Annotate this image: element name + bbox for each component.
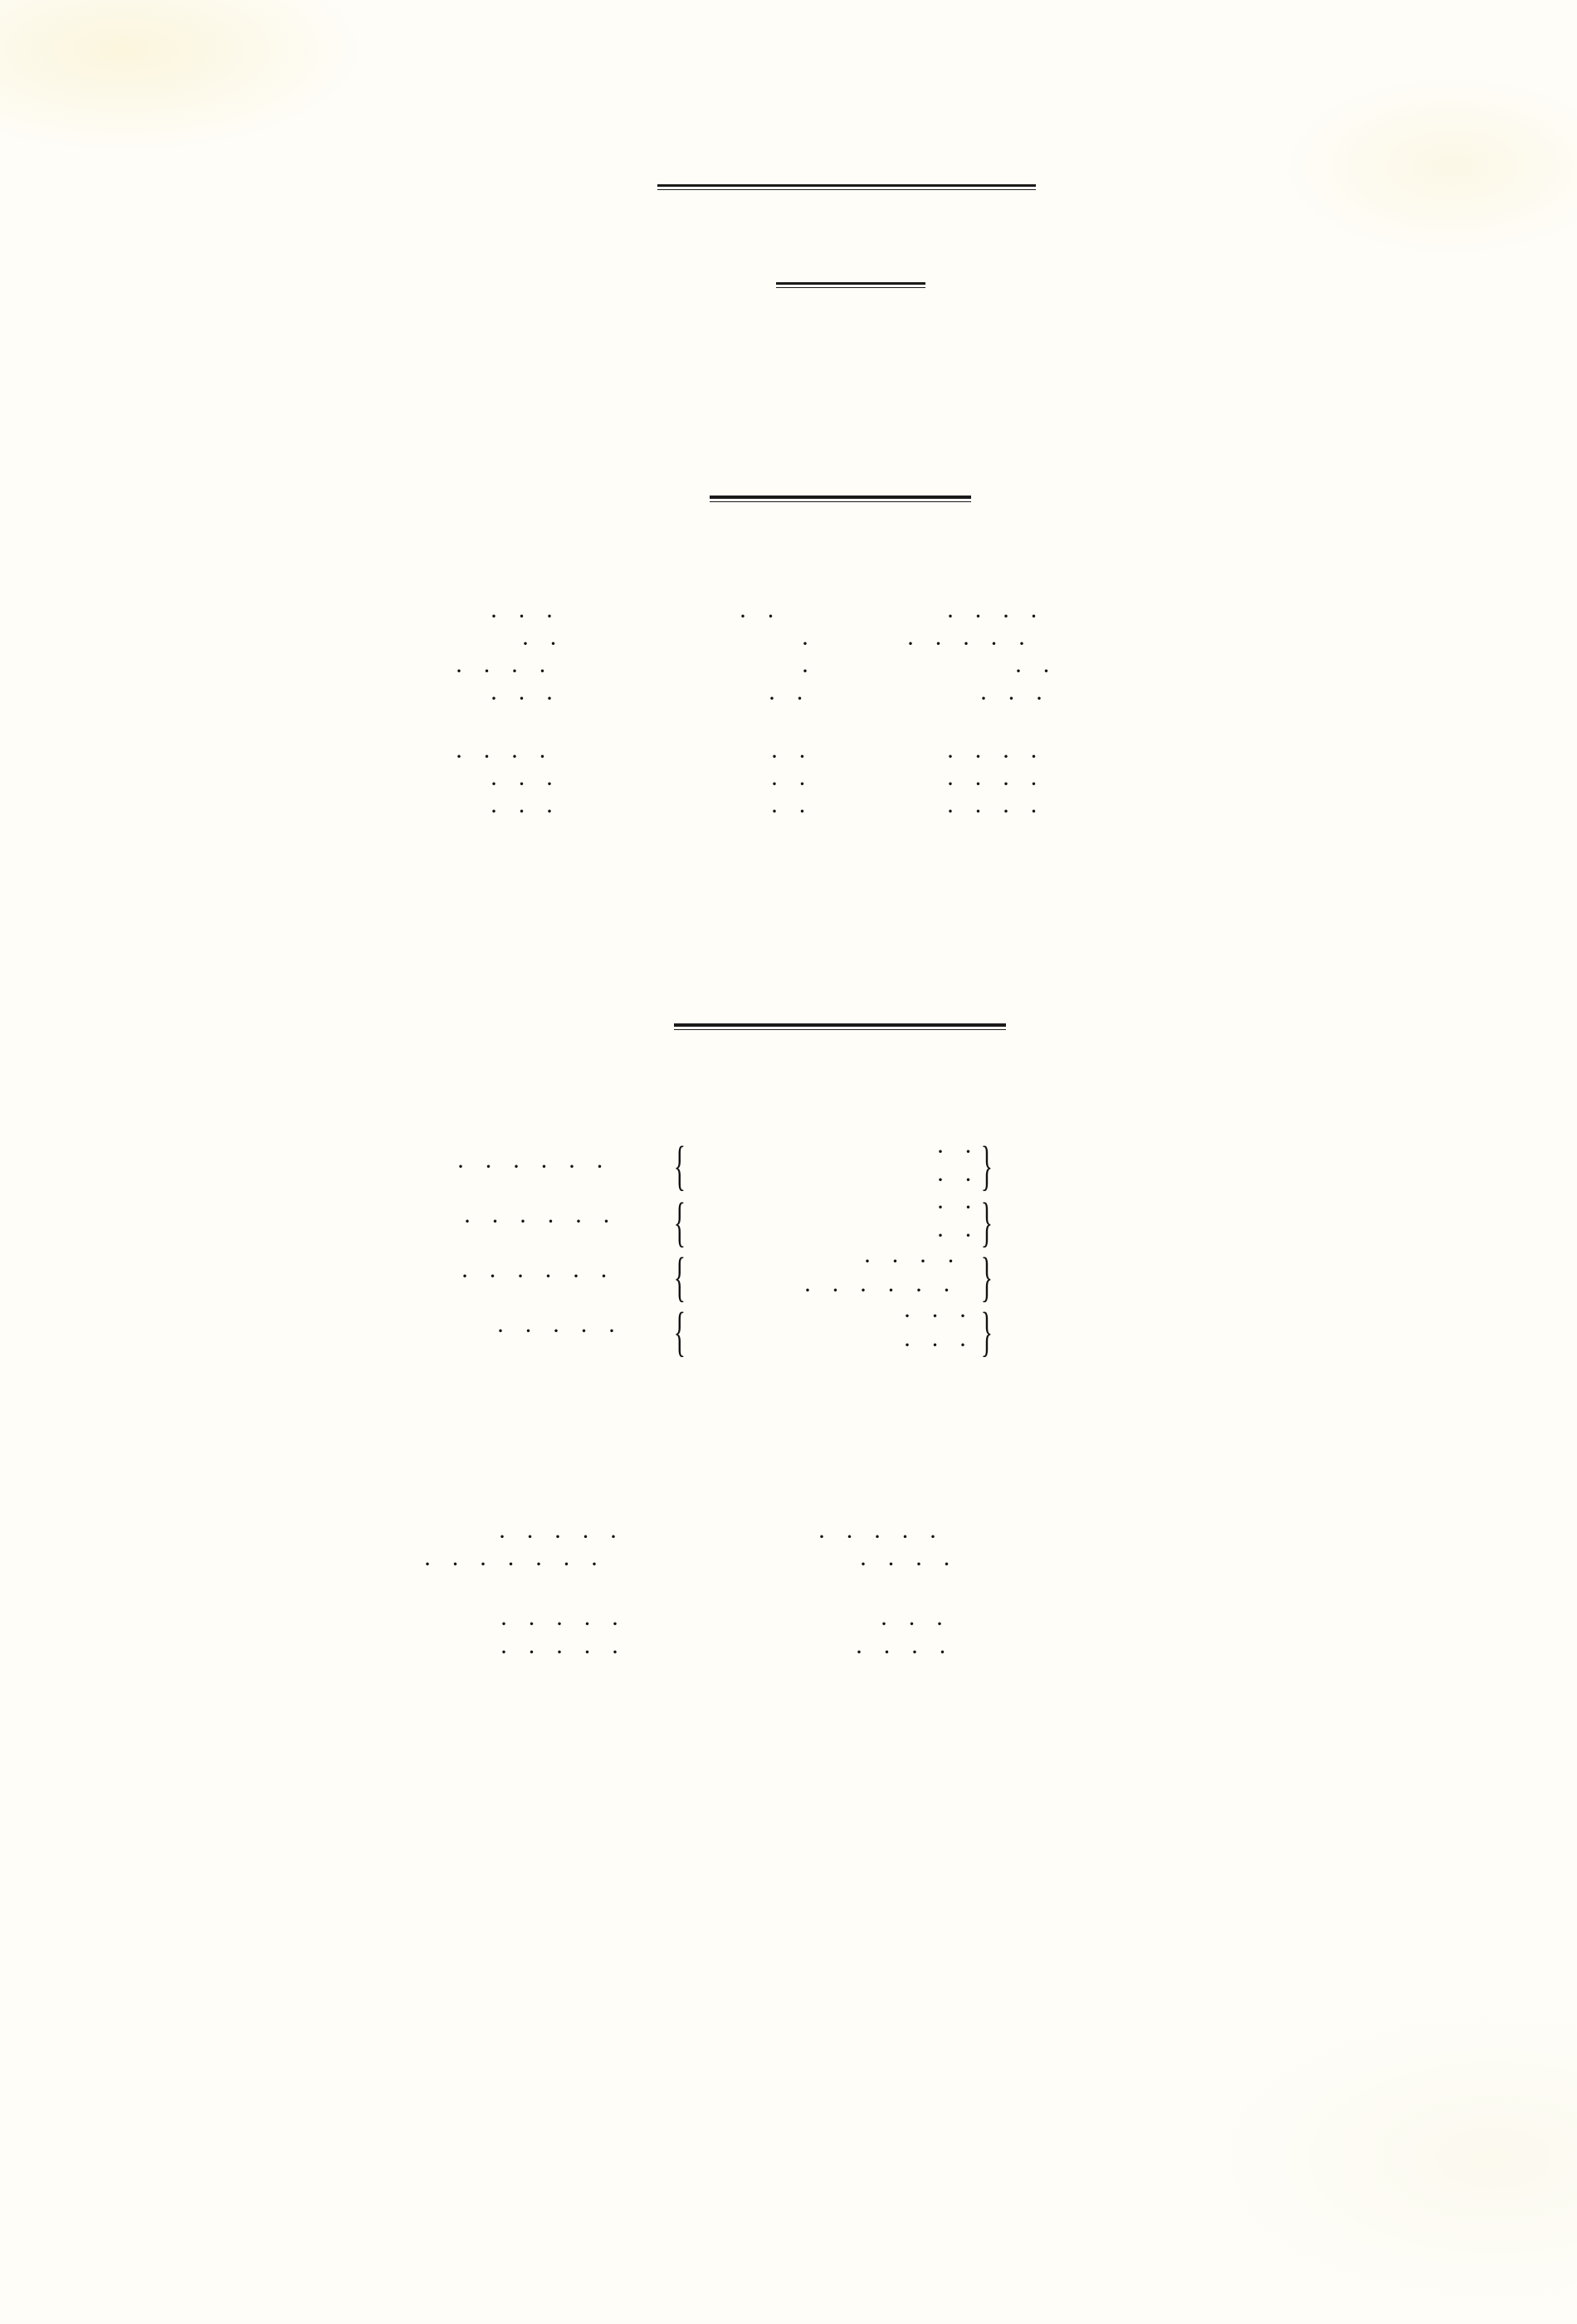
leader-dots: · · · · · <box>818 1525 944 1550</box>
leader-dots: · · · · <box>859 1552 957 1577</box>
right-brace: } <box>981 1195 993 1250</box>
leader-dots: · · · <box>490 604 560 629</box>
leader-dots: · · · · <box>946 745 1044 769</box>
right-brace: } <box>981 1250 993 1305</box>
leader-dots: · · · · <box>455 659 553 684</box>
right-brace: } <box>981 1139 993 1194</box>
leader-dots: · <box>801 659 816 684</box>
leader-dots: · · <box>936 1140 979 1164</box>
divider-rule <box>776 282 925 285</box>
leader-dots: · · · · <box>946 604 1044 629</box>
leader-dots: · · · · <box>946 799 1044 824</box>
leader-dots: · · · <box>979 686 1050 711</box>
leader-dots: · · <box>739 604 781 629</box>
right-brace: } <box>981 1305 993 1360</box>
left-brace: { <box>674 1139 686 1194</box>
leader-dots: · · · <box>903 1304 974 1329</box>
leader-dots: · · · <box>903 1333 974 1358</box>
divider-rule <box>657 184 1036 187</box>
leader-dots: · · · · · <box>906 632 1033 657</box>
leader-dots: · · · · · <box>500 1640 626 1665</box>
leader-dots: · · · · <box>455 745 553 769</box>
leader-dots: · · <box>521 632 564 657</box>
leader-dots: · · <box>770 745 813 769</box>
leader-dots: · · · <box>490 686 560 711</box>
leader-dots: · · · · · · <box>461 1264 614 1289</box>
leader-dots: · <box>801 632 816 657</box>
divider-rule <box>710 496 971 499</box>
leader-dots: · · <box>936 1195 979 1220</box>
divider-rule <box>674 1023 1006 1027</box>
leader-dots: · · · · <box>946 772 1044 797</box>
left-brace: { <box>674 1305 686 1360</box>
leader-dots: · · · <box>880 1612 950 1637</box>
leader-dots: · · · · · · · <box>423 1552 605 1577</box>
leader-dots: · · · · <box>855 1640 953 1665</box>
leader-dots: · · <box>936 1223 979 1248</box>
leader-dots: · · · · · · <box>456 1155 610 1179</box>
leader-dots: · · <box>768 686 810 711</box>
leader-dots: · · · · <box>863 1249 961 1274</box>
leader-dots: · · · · · <box>500 1612 626 1637</box>
leader-dots: · · · · · · <box>463 1209 617 1234</box>
leader-dots: · · <box>936 1168 979 1193</box>
leader-dots: · · · · · <box>496 1319 622 1344</box>
left-brace: { <box>674 1250 686 1305</box>
leader-dots: · · <box>1014 659 1057 684</box>
leader-dots: · · · · · <box>498 1525 624 1550</box>
left-brace: { <box>674 1195 686 1250</box>
leader-dots: · · · <box>490 772 560 797</box>
leader-dots: · · <box>770 772 813 797</box>
leader-dots: · · · · · · <box>803 1278 957 1303</box>
leader-dots: · · · <box>490 799 560 824</box>
leader-dots: · · <box>770 799 813 824</box>
